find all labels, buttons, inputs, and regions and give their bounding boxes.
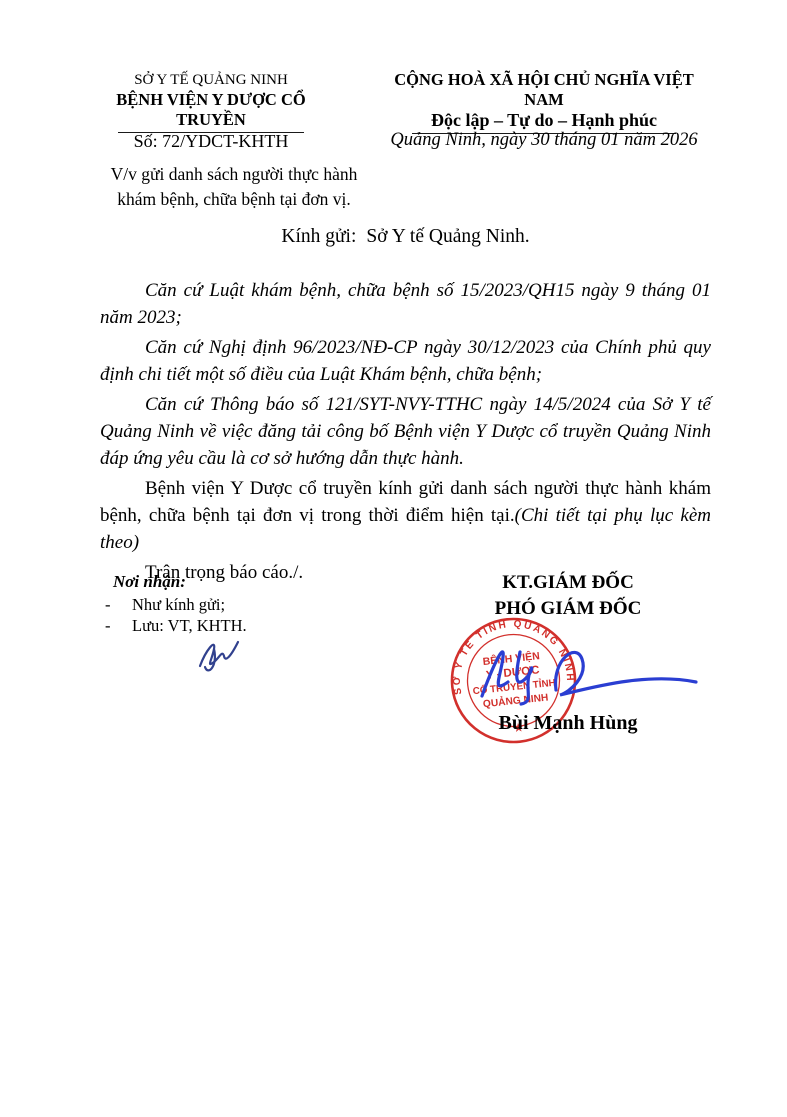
recipients-item-label: Như kính gửi; bbox=[132, 595, 225, 616]
paragraph-main: Bệnh viện Y Dược cổ truyền kính gửi danh… bbox=[100, 475, 711, 556]
document-page: SỞ Y TẾ QUẢNG NINH BỆNH VIỆN Y DƯỢC CỔ T… bbox=[0, 0, 787, 1117]
clerk-initial-stroke bbox=[200, 642, 238, 670]
clerk-initial-signature bbox=[192, 630, 254, 675]
document-number: Số: 72/YDCT-KHTH bbox=[85, 131, 337, 152]
director-signature bbox=[468, 630, 703, 715]
director-signature-strokes bbox=[482, 652, 696, 704]
recipients-title: Nơi nhận: bbox=[105, 572, 355, 592]
national-motto-block: CỘNG HOÀ XÃ HỘI CHỦ NGHĨA VIỆT NAM Độc l… bbox=[373, 70, 715, 134]
paragraph-legal-basis-2: Căn cứ Nghị định 96/2023/NĐ-CP ngày 30/1… bbox=[100, 334, 711, 388]
issuing-org-block: SỞ Y TẾ QUẢNG NINH BỆNH VIỆN Y DƯỢC CỔ T… bbox=[85, 70, 337, 133]
salutation: Kính gửi:Sở Y tế Quảng Ninh. bbox=[100, 226, 711, 248]
national-title: CỘNG HOÀ XÃ HỘI CHỦ NGHĨA VIỆT NAM bbox=[373, 70, 715, 110]
signer-name: Bùi Mạnh Hùng bbox=[418, 712, 718, 735]
paragraph-legal-basis-3: Căn cứ Thông báo số 121/SYT-NVY-TTHC ngà… bbox=[100, 391, 711, 472]
subject-line-1: V/v gửi danh sách người thực hành bbox=[93, 162, 375, 187]
salutation-label: Kính gửi: bbox=[281, 226, 356, 247]
recipients-block: Nơi nhận: - Như kính gửi; - Lưu: VT, KHT… bbox=[105, 572, 355, 636]
signer-title-1: KT.GIÁM ĐỐC bbox=[418, 572, 718, 593]
document-body: Căn cứ Luật khám bệnh, chữa bệnh số 15/2… bbox=[100, 277, 711, 589]
subject-line-2: khám bệnh, chữa bệnh tại đơn vị. bbox=[93, 187, 375, 212]
subject-line: V/v gửi danh sách người thực hành khám b… bbox=[93, 162, 375, 212]
org-name: BỆNH VIỆN Y DƯỢC CỔ TRUYỀN bbox=[85, 90, 337, 130]
recipients-item: - Như kính gửi; bbox=[105, 595, 355, 616]
national-motto: Độc lập – Tự do – Hạnh phúc bbox=[373, 110, 715, 131]
list-dash: - bbox=[105, 616, 132, 637]
place-and-date: Quảng Ninh, ngày 30 tháng 01 năm 2026 bbox=[373, 130, 715, 151]
parent-org-name: SỞ Y TẾ QUẢNG NINH bbox=[85, 70, 337, 90]
list-dash: - bbox=[105, 595, 132, 616]
salutation-target: Sở Y tế Quảng Ninh. bbox=[366, 226, 529, 247]
paragraph-legal-basis-1: Căn cứ Luật khám bệnh, chữa bệnh số 15/2… bbox=[100, 277, 711, 331]
